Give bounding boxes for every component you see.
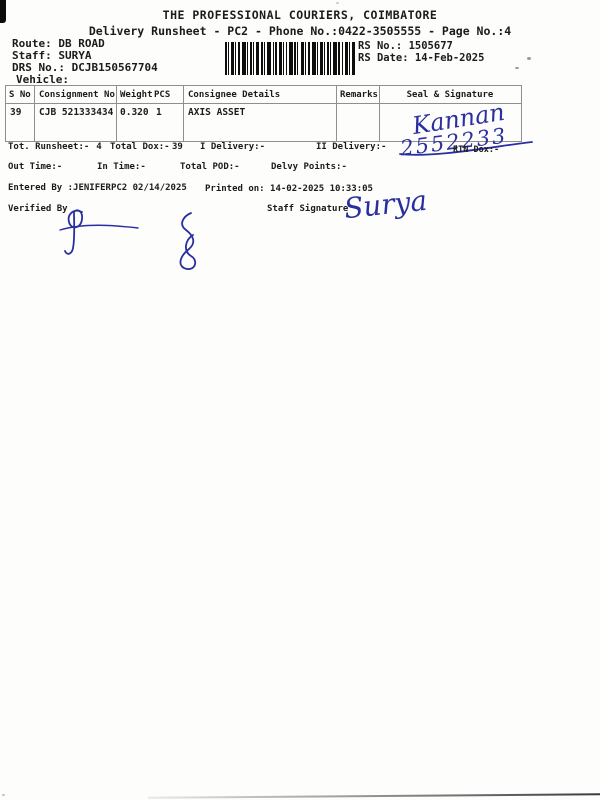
table-gridline — [34, 86, 35, 141]
rs-no-label: RS No.: — [358, 40, 402, 52]
cell-s-no: 39 — [10, 107, 21, 118]
scan-page-edge — [148, 793, 600, 799]
scan-speck — [2, 794, 5, 796]
table-gridline — [336, 86, 337, 141]
col-header-consignee-details: Consignee Details — [188, 90, 280, 100]
handwritten-flourish-mark — [165, 210, 210, 272]
cell-consignee: AXIS ASSET — [188, 107, 245, 118]
table-gridline — [183, 86, 184, 141]
cell-weight: 0.320 — [120, 107, 149, 118]
scan-speck — [336, 2, 339, 4]
in-time-label: In Time:- — [97, 162, 146, 172]
rs-no-line: RS No.: 1505677 — [358, 40, 453, 52]
cell-pcs: 1 — [156, 107, 162, 118]
col-header-consignment-no: Consignment No — [39, 90, 115, 100]
entered-by-line: Entered By :JENIFERPC2 02/14/2025 — [8, 183, 187, 193]
delvy-points-label: Delvy Points:- — [271, 162, 347, 172]
col-header-pcs: PCS — [154, 90, 170, 100]
tot-runsheet-label: Tot. Runsheet:- — [8, 142, 89, 152]
delivery-runsheet-scan: THE PROFESSIONAL COURIERS, COIMBATORE De… — [0, 0, 600, 800]
document-subtitle: Delivery Runsheet - PC2 - Phone No.:0422… — [0, 24, 600, 38]
rs-no-value: 1505677 — [409, 40, 453, 52]
staff-signature-label: Staff Signature — [267, 204, 348, 214]
out-time-label: Out Time:- — [8, 162, 62, 172]
tot-runsheet-value: 4 — [96, 142, 101, 152]
i-delivery-label: I Delivery:- — [200, 142, 265, 152]
rtn-dox-label: RTN Dox:- — [453, 145, 499, 155]
rs-date-line: RS Date: 14-Feb-2025 — [358, 52, 484, 64]
tot-runsheet: Tot. Runsheet:-4 — [8, 142, 102, 152]
rs-date-value: 14-Feb-2025 — [415, 52, 485, 64]
total-pod-label: Total POD:- — [180, 162, 240, 172]
total-dox-label: Total Dox:- — [110, 142, 170, 152]
scan-speck — [515, 67, 519, 69]
document-title: THE PROFESSIONAL COURIERS, COIMBATORE — [0, 8, 600, 22]
ii-delivery-label: II Delivery:- — [316, 142, 386, 152]
cell-consignment-no: CJB 521333434 — [39, 107, 113, 118]
col-header-remarks: Remarks — [340, 90, 378, 100]
table-gridline — [116, 86, 117, 141]
table-gridline — [6, 103, 521, 104]
col-header-s-no: S No — [9, 90, 31, 100]
handwritten-verified-mark — [50, 206, 145, 261]
rs-date-label: RS Date: — [358, 52, 409, 64]
barcode — [225, 42, 355, 75]
scan-speck — [527, 57, 531, 60]
total-dox-value: 39 — [172, 142, 183, 152]
drs-value: DCJB150567704 — [72, 61, 158, 74]
col-header-weight: Weight — [120, 90, 153, 100]
